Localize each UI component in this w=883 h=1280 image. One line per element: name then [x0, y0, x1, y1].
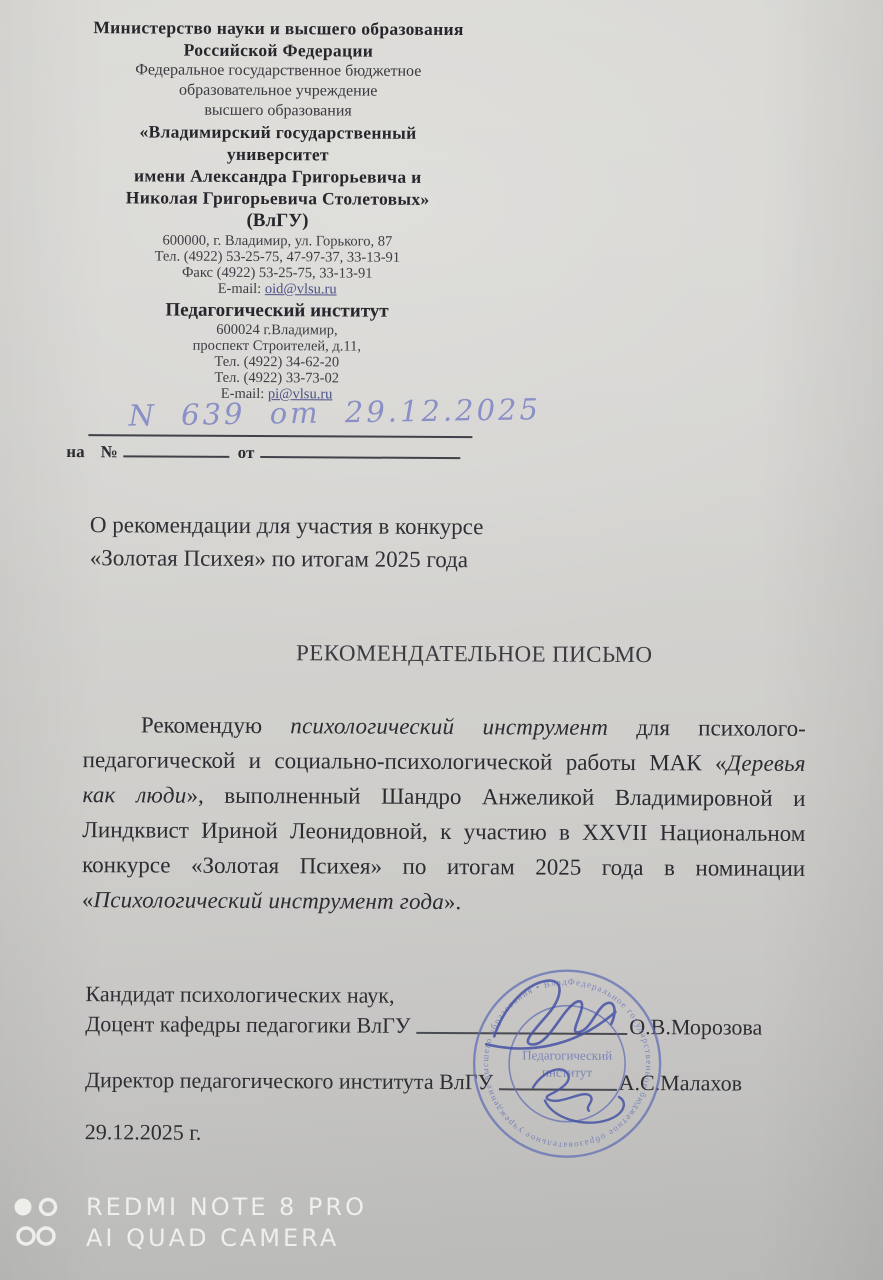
- letter-title: РЕКОМЕНДАТЕЛЬНОЕ ПИСЬМО: [159, 640, 789, 669]
- ref-number-blank: [124, 439, 230, 458]
- institute-name: Педагогический институт: [63, 298, 491, 323]
- email-label: E-mail:: [218, 281, 265, 297]
- stamp-center-line-1: Педагогический: [522, 1047, 612, 1062]
- signatory-1-position-line-1: Кандидат психологических наук,: [85, 981, 394, 1009]
- university-email-link: oid@vlsu.ru: [265, 281, 337, 297]
- org-line-1: Федеральное государственное бюджетное: [64, 60, 492, 82]
- org-line-2: образовательное учреждение: [64, 80, 492, 102]
- subject-line-2: «Золотая Психея» по итогам 2025 года: [90, 541, 484, 576]
- ministry-line-1: Министерство науки и высшего образования: [64, 16, 492, 40]
- camera-logo-icon: [12, 1196, 64, 1250]
- university-email-line: E-mail: oid@vlsu.ru: [63, 280, 491, 298]
- letterhead: Министерство науки и высшего образования…: [63, 16, 493, 403]
- ministry-line-2: Российской Федерации: [64, 38, 492, 62]
- reference-underline: [88, 434, 472, 438]
- document-photo: Министерство науки и высшего образования…: [0, 0, 883, 1280]
- letter-date: 29.12.2025 г.: [85, 1119, 202, 1146]
- university-name-line-4: Николая Григорьевича Столетовых»: [64, 186, 492, 210]
- watermark-line-1: REDMI NOTE 8 PRO: [86, 1192, 367, 1223]
- ref-date-blank: [260, 440, 460, 459]
- org-line-3: высшего образования: [64, 100, 492, 122]
- signatory-2-row: Директор педагогического института ВлГУ …: [85, 1067, 742, 1096]
- ot-label: от: [238, 443, 255, 462]
- university-name-line-2: университет: [64, 142, 492, 166]
- subject-line-1: О рекомендации для участия в конкурсе: [90, 508, 484, 543]
- reply-reference-row: на№от: [66, 439, 480, 464]
- subject-block: О рекомендации для участия в конкурсе «З…: [90, 508, 484, 576]
- watermark-line-2: AI QUAD CAMERA: [86, 1223, 367, 1254]
- number-sign: №: [101, 442, 118, 461]
- na-label: на: [66, 442, 84, 461]
- signatory-2-name: А.С.Малахов: [619, 1070, 743, 1097]
- letter-document: Министерство науки и высшего образования…: [0, 0, 883, 1280]
- university-abbreviation: (ВлГУ): [63, 208, 491, 234]
- signature-line-1: [416, 1031, 627, 1035]
- body-paragraph: Рекомендую психологический инструмент дл…: [82, 707, 806, 921]
- camera-watermark: REDMI NOTE 8 PRO AI QUAD CAMERA: [12, 1192, 367, 1254]
- signatory-1-row: Доцент кафедры педагогики ВлГУ О.В.Мороз…: [85, 1011, 762, 1041]
- university-name-line-3: имени Александра Григорьевича и: [64, 164, 492, 188]
- signatory-1-name: О.В.Морозова: [629, 1014, 762, 1041]
- handwritten-reference-number: N 639 от 29.12.2025: [128, 392, 541, 432]
- signatory-1-position-line-2: Доцент кафедры педагогики ВлГУ: [85, 1011, 410, 1039]
- university-name-line-1: «Владимирский государственный: [64, 120, 492, 144]
- signature-line-2: [499, 1087, 617, 1091]
- signatory-2-position: Директор педагогического института ВлГУ: [85, 1067, 493, 1095]
